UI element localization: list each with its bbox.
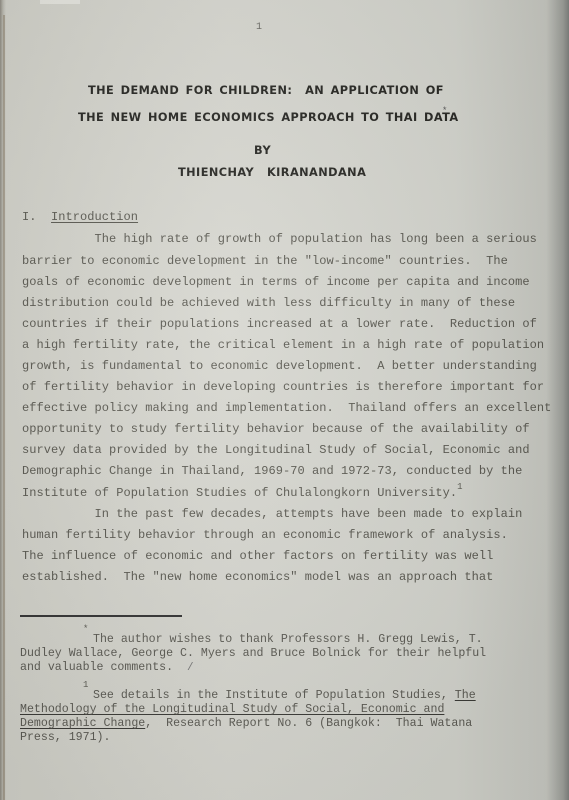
body-line: The high rate of growth of population ha…: [22, 232, 537, 246]
body-line: opportunity to study fertility behavior …: [22, 422, 530, 436]
footnote-star-marker: *: [83, 624, 88, 634]
body-line: Institute of Population Studies of Chula…: [22, 486, 457, 500]
footnote-text: , Research Report No. 6 (Bangkok: Thai W…: [145, 717, 472, 730]
body-line: of fertility behavior in developing coun…: [22, 380, 544, 394]
body-line-with-ref: Institute of Population Studies of Chula…: [22, 486, 463, 500]
footnote-separator: [20, 615, 182, 617]
body-line: countries if their populations increased…: [22, 317, 537, 331]
body-line: survey data provided by the Longitudinal…: [22, 443, 530, 457]
footnote-text: See details in the Institute of Populati…: [93, 689, 455, 702]
footnote-line: Press, 1971).: [20, 731, 110, 744]
body-line: effective policy making and implementati…: [22, 401, 551, 415]
footnote-line: The author wishes to thank Professors H.…: [93, 633, 483, 646]
page-top-glare: [40, 0, 80, 4]
footnote-line: Dudley Wallace, George C. Myers and Bruc…: [20, 647, 486, 660]
title-footnote-marker: *: [442, 106, 447, 116]
footnote-line: See details in the Institute of Populati…: [93, 689, 476, 702]
cited-title: The: [455, 689, 476, 702]
footnote-ref-1: 1: [457, 482, 462, 492]
footnote-line: Methodology of the Longitudinal Study of…: [20, 703, 444, 716]
body-line: growth, is fundamental to economic devel…: [22, 359, 537, 373]
body-line: established. The "new home economics" mo…: [22, 570, 493, 584]
body-line: distribution could be achieved with less…: [22, 296, 515, 310]
cited-title: Methodology of the Longitudinal Study of…: [20, 703, 444, 716]
body-line: human fertility behavior through an econ…: [22, 528, 508, 542]
section-number: I.: [22, 210, 37, 224]
body-line: The influence of economic and other fact…: [22, 549, 493, 563]
body-line: barrier to economic development in the "…: [22, 254, 508, 268]
footnote-text: and valuable comments.: [20, 661, 173, 674]
page-number: 1: [256, 22, 262, 33]
footnote-one-marker: 1: [83, 680, 88, 690]
footnote-line: and valuable comments. /: [20, 661, 194, 674]
section-title: Introduction: [51, 210, 138, 224]
cited-title: Demographic Change: [20, 717, 145, 730]
body-line: In the past few decades, attempts have b…: [22, 507, 522, 521]
author-name: THIENCHAY KIRANANDANA: [178, 166, 366, 179]
byline-by: BY: [254, 144, 271, 157]
body-line: Demographic Change in Thailand, 1969-70 …: [22, 464, 522, 478]
body-line: goals of economic development in terms o…: [22, 275, 530, 289]
page-left-edge: [3, 15, 5, 800]
pencil-mark: /: [187, 662, 194, 674]
body-line: a high fertility rate, the critical elem…: [22, 338, 544, 352]
footnote-line: Demographic Change, Research Report No. …: [20, 717, 472, 730]
title-line-2: THE NEW HOME ECONOMICS APPROACH TO THAI …: [78, 111, 459, 124]
title-line-1: THE DEMAND FOR CHILDREN: AN APPLICATION …: [88, 84, 444, 97]
section-heading: I. Introduction: [22, 210, 138, 224]
